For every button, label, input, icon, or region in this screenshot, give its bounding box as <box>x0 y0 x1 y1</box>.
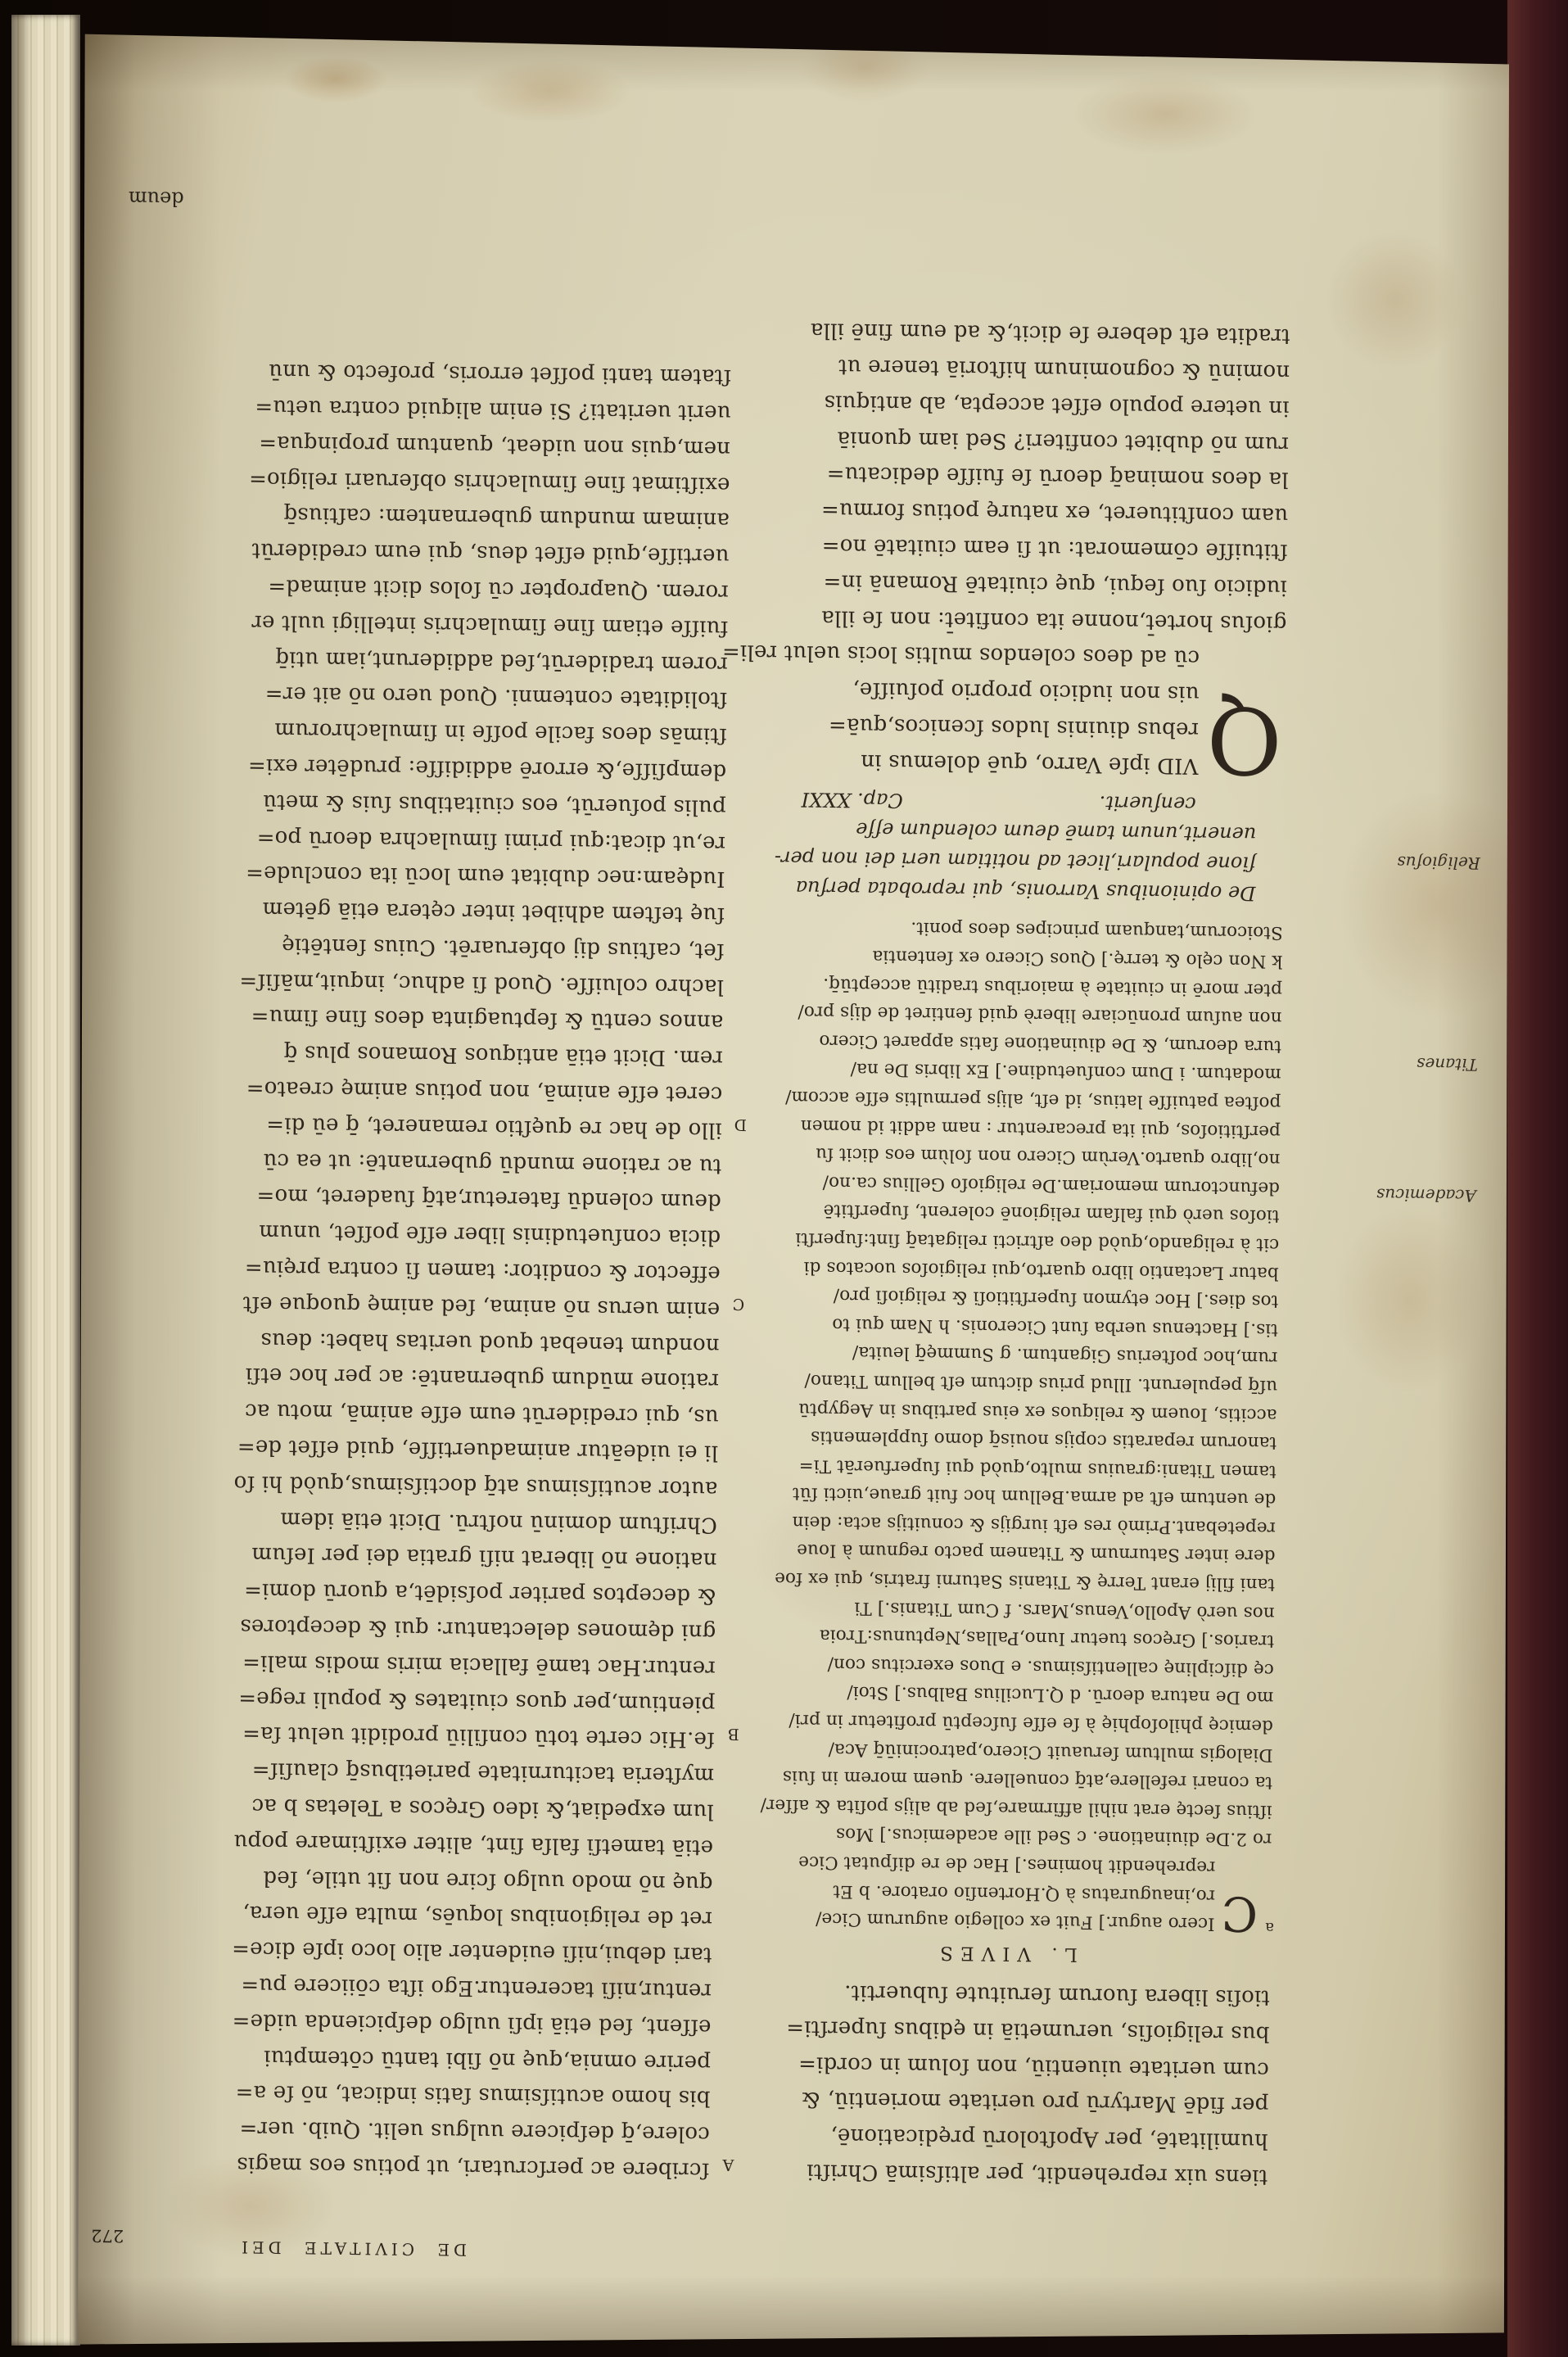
chapter-heading-lines: De opinionibus Varronis, qui reprobata p… <box>752 813 1256 907</box>
text-line: cum ueritate uiuentiū, non ſolum in cord… <box>739 2044 1269 2087</box>
text-line: uerit ueritati? Si enim aliquid contra u… <box>251 388 730 430</box>
text-line: annos centū & ſeptuaginta deos ſine ſimu… <box>244 998 723 1039</box>
text-line: exiſtimat ſine ſimulachris obſeruari rel… <box>251 460 730 502</box>
text-line: etiā tametſi falſa ſint, aliter exiſtima… <box>234 1823 713 1865</box>
text-line: nominū & cognominum hiſtoriā tenere ut <box>759 347 1290 390</box>
vives-heading: L. VIVES <box>739 1939 1270 1967</box>
text-line: uam conſtitueret, ex naturę potius formu… <box>757 491 1288 533</box>
text-line: natione nō liberat niſi gratia dei per I… <box>237 1536 716 1577</box>
folio-number: 272 <box>91 2226 124 2246</box>
facing-page-edges <box>11 15 80 2346</box>
page-content-rotated: DE CIVITATE DEI 272 tiens uix reprehendi… <box>64 12 1524 2354</box>
text-line: tradita eſt debere ſe dicit,& ad eum fin… <box>759 311 1290 354</box>
text-line: in uetere populo eſſet accepta, ab antiq… <box>758 382 1289 425</box>
vives-commentary: a C Icero augur.] Fuit ex collegio augur… <box>740 912 1283 1938</box>
commentary-lines: Icero augur.] Fuit ex collegio augurum C… <box>740 912 1283 1938</box>
running-title: DE CIVITATE DEI <box>237 2237 467 2260</box>
margin-letter: C <box>732 1285 744 1321</box>
text-line: & deceptos pariter poſsidēt,a quorū domi… <box>237 1572 716 1613</box>
text-line: ſtimās deos facile poſſe in ſimulachroru… <box>247 711 726 753</box>
text-line: gni dęmones delectantur: qui & deceptore… <box>237 1608 716 1649</box>
text-line: nondum tenebat quod ueritas habet: deus <box>240 1321 719 1363</box>
catchword: deum <box>129 187 184 210</box>
text-line: effector & conditor: tamen ſi contra prę… <box>241 1249 720 1291</box>
text-line: uertiſſe,quid eſſet deus, qui eum credid… <box>250 532 729 573</box>
right-column-lines: Aſcribere ac perſcrutari, ut potius eos … <box>230 352 731 2187</box>
right-column: Aſcribere ac perſcrutari, ut potius eos … <box>230 352 731 2187</box>
text-line: ratione mūdum gubernantē: ac per hoc etſ… <box>240 1356 719 1398</box>
marginal-note-academicus: Academicus <box>1331 1184 1476 1206</box>
note-marker-a: a <box>1265 1919 1274 1936</box>
text-line: per fidē Martyrū pro ueritate morientiū,… <box>738 2080 1268 2123</box>
text-line: lachro coluiſſe. Quod ſi adhuc, inquit,m… <box>245 962 724 1004</box>
text-line: myſteria taciturnitate parietibusq̄ clau… <box>235 1751 714 1793</box>
chapter31-text: Q VID ipſe Varro, quē dolemus inrebus di… <box>754 311 1290 784</box>
text-line: autor acutiſsimus atq̄ doctiſsimus,quòd … <box>238 1464 717 1506</box>
text-line: tari debui,niſi euidenter alio loco ipſe… <box>233 1930 712 1972</box>
text-line: cū ad deos colendos multis locis uelut r… <box>756 634 1286 676</box>
text-line: la deos nominaq̄ deorū ſe fuiſſe dedicat… <box>757 455 1288 497</box>
margin-letter: B <box>727 1716 739 1752</box>
text-line: ſtituiſſe cōmemorat: ut ſi eam ciuitatē … <box>757 527 1287 569</box>
text-line: quę nō modo uulgo ſcire non ſit utile, ſ… <box>233 1859 712 1901</box>
text-line: rem. Dicit etiā antiquos Romanos plus q̄ <box>244 1034 723 1075</box>
chapter-heading-line: De opinionibus Varronis, qui reprobata p… <box>752 872 1255 907</box>
text-line: Chriſtum dominū noſtrū. Dicit etiā idem <box>238 1500 717 1542</box>
text-line: Cenim uerus nō anima, ſed animę quoque e… <box>241 1285 720 1327</box>
chapter-heading-last-line: cenſuerit. Cap. XXXI <box>754 784 1257 819</box>
text-line: deum colendū fateretur,atq̄ ſuaderet, mo… <box>242 1177 721 1219</box>
text-line: iudicio ſuo ſequi, quę ciuitatē Romanā i… <box>757 562 1287 604</box>
text-line: humilitatē, per Apoſtolorū prędicationē, <box>738 2116 1268 2159</box>
text-line: tu ac ratione mundū gubernantē: ut ea cū <box>242 1142 721 1183</box>
text-line: rorem tradiderūt,ſed addiderunt,iam utiq… <box>249 640 728 681</box>
book-scan: DE CIVITATE DEI 272 tiens uix reprehendi… <box>0 0 1568 2357</box>
chapter-number: Cap. XXXI <box>802 785 903 816</box>
marginal-note-religiosus: Religioſus <box>1335 852 1480 873</box>
text-line: bus religioſis, uerumetiā in ędibus ſupe… <box>739 2008 1269 2051</box>
left-column: tiens uix reprehendit, per altiſsimā Chr… <box>737 311 1290 2194</box>
text-line: ſet, caſtius dij obſeruarēt. Cuius ſentē… <box>245 926 724 968</box>
text-line: tiens uix reprehendit, per altiſsimā Chr… <box>737 2151 1268 2194</box>
dropcap-Q: Q <box>1206 672 1282 777</box>
text-line: fuiſſe etiam ſine ſimulachris intelligi … <box>249 604 728 645</box>
text-line: bis homo acutiſsimus ſatis indicat, nō ſ… <box>231 2074 710 2115</box>
text-line: animam mundum gubernantem: caſtiusq̄ <box>251 495 730 537</box>
text-line: li ei uideātur animaduertiſſe, quid eſſe… <box>239 1428 718 1470</box>
text-line: dempſiſſe,& errorē addidiſſe: prudēter e… <box>247 747 726 789</box>
text-line: ſtoliditate contemni. Quod uero nō ait e… <box>248 675 727 717</box>
margin-letter: D <box>734 1106 747 1142</box>
page-sheet: DE CIVITATE DEI 272 tiens uix reprehendi… <box>78 21 1509 2346</box>
text-line: nem,quis non uideat, quantum propinqua= <box>251 424 730 466</box>
text-line: pulis poſuerūt, eos ciuitatibus ſuis & m… <box>246 783 725 825</box>
text-line: rum nō dubitet confiteri? Sed iam quoniā <box>758 418 1289 461</box>
text-line: perire omnia,quę nō ſibi tantū cōtemptui <box>232 2038 711 2080</box>
text-line: eſſent, ſed etiā ipſi uulgo deſpicienda … <box>232 2002 711 2044</box>
text-line: Aſcribere ac perſcrutari, ut potius eos … <box>230 2146 709 2187</box>
chapter30-end-text: tiens uix reprehendit, per altiſsimā Chr… <box>737 1972 1270 2194</box>
chapter-heading-end: cenſuerit. <box>1099 788 1196 818</box>
text-line: ret de religionibus loquēs, multa eſſe u… <box>233 1894 712 1936</box>
text-line: gioſus hortet̄,nonne ita confitet̄: non … <box>756 598 1286 640</box>
text-line: pientium,per quos ciuitates & populi reg… <box>236 1680 715 1721</box>
text-line: tioſis libera ſuorum ſeruitute ſubuertit… <box>739 1972 1270 2015</box>
text-line: rorem. Quapropter cū ſolos dicit animad= <box>250 568 729 609</box>
dropcap-C: C <box>1221 1880 1258 1935</box>
text-line: Bſe.Hic certe totū conſiliū prodidit uel… <box>235 1715 714 1757</box>
text-line: dicia conſuetudinis liber eſſe poſſet, u… <box>242 1213 721 1255</box>
book-cover-right <box>1507 0 1568 2357</box>
text-line: us, qui crediderūt eum eſſe animā, motu … <box>239 1392 718 1434</box>
text-line: colere,q̄ deſpicere uulgus uelit. Quib. … <box>231 2110 710 2151</box>
text-line: ſtatem tanti poſſet erroris, profecto & … <box>252 352 731 394</box>
text-line: lum expediat,& ideo Gręcos a Teletas b a… <box>234 1787 713 1829</box>
text-line: ceret eſſe animā, non potius animę creat… <box>243 1070 722 1111</box>
margin-letter: A <box>722 2146 734 2182</box>
chapter-heading: De opinionibus Varronis, qui reprobata p… <box>752 784 1257 907</box>
text-line: ſuę teſtem adhibet inter cętera etiā gēt… <box>246 890 725 932</box>
text-line: re,ut dicat:qui primi ſimulachra deorū p… <box>246 819 725 861</box>
text-line: Iudęam:nec dubitat eum locū ita conclude… <box>246 854 725 896</box>
chapter-heading-line: ſione populari,licet ad notitiam ueri de… <box>753 843 1256 878</box>
text-line: Dillo de hac re quęſtio remaneret, q̄ eū… <box>243 1106 722 1147</box>
text-line: rentur.Hac tamē fallacia miris modis mal… <box>237 1644 716 1685</box>
marginal-note-titanes: Titanes <box>1332 1053 1478 1074</box>
text-line: rentur,niſi tacerentur.Ego iſta cōiicere… <box>233 1966 712 2008</box>
